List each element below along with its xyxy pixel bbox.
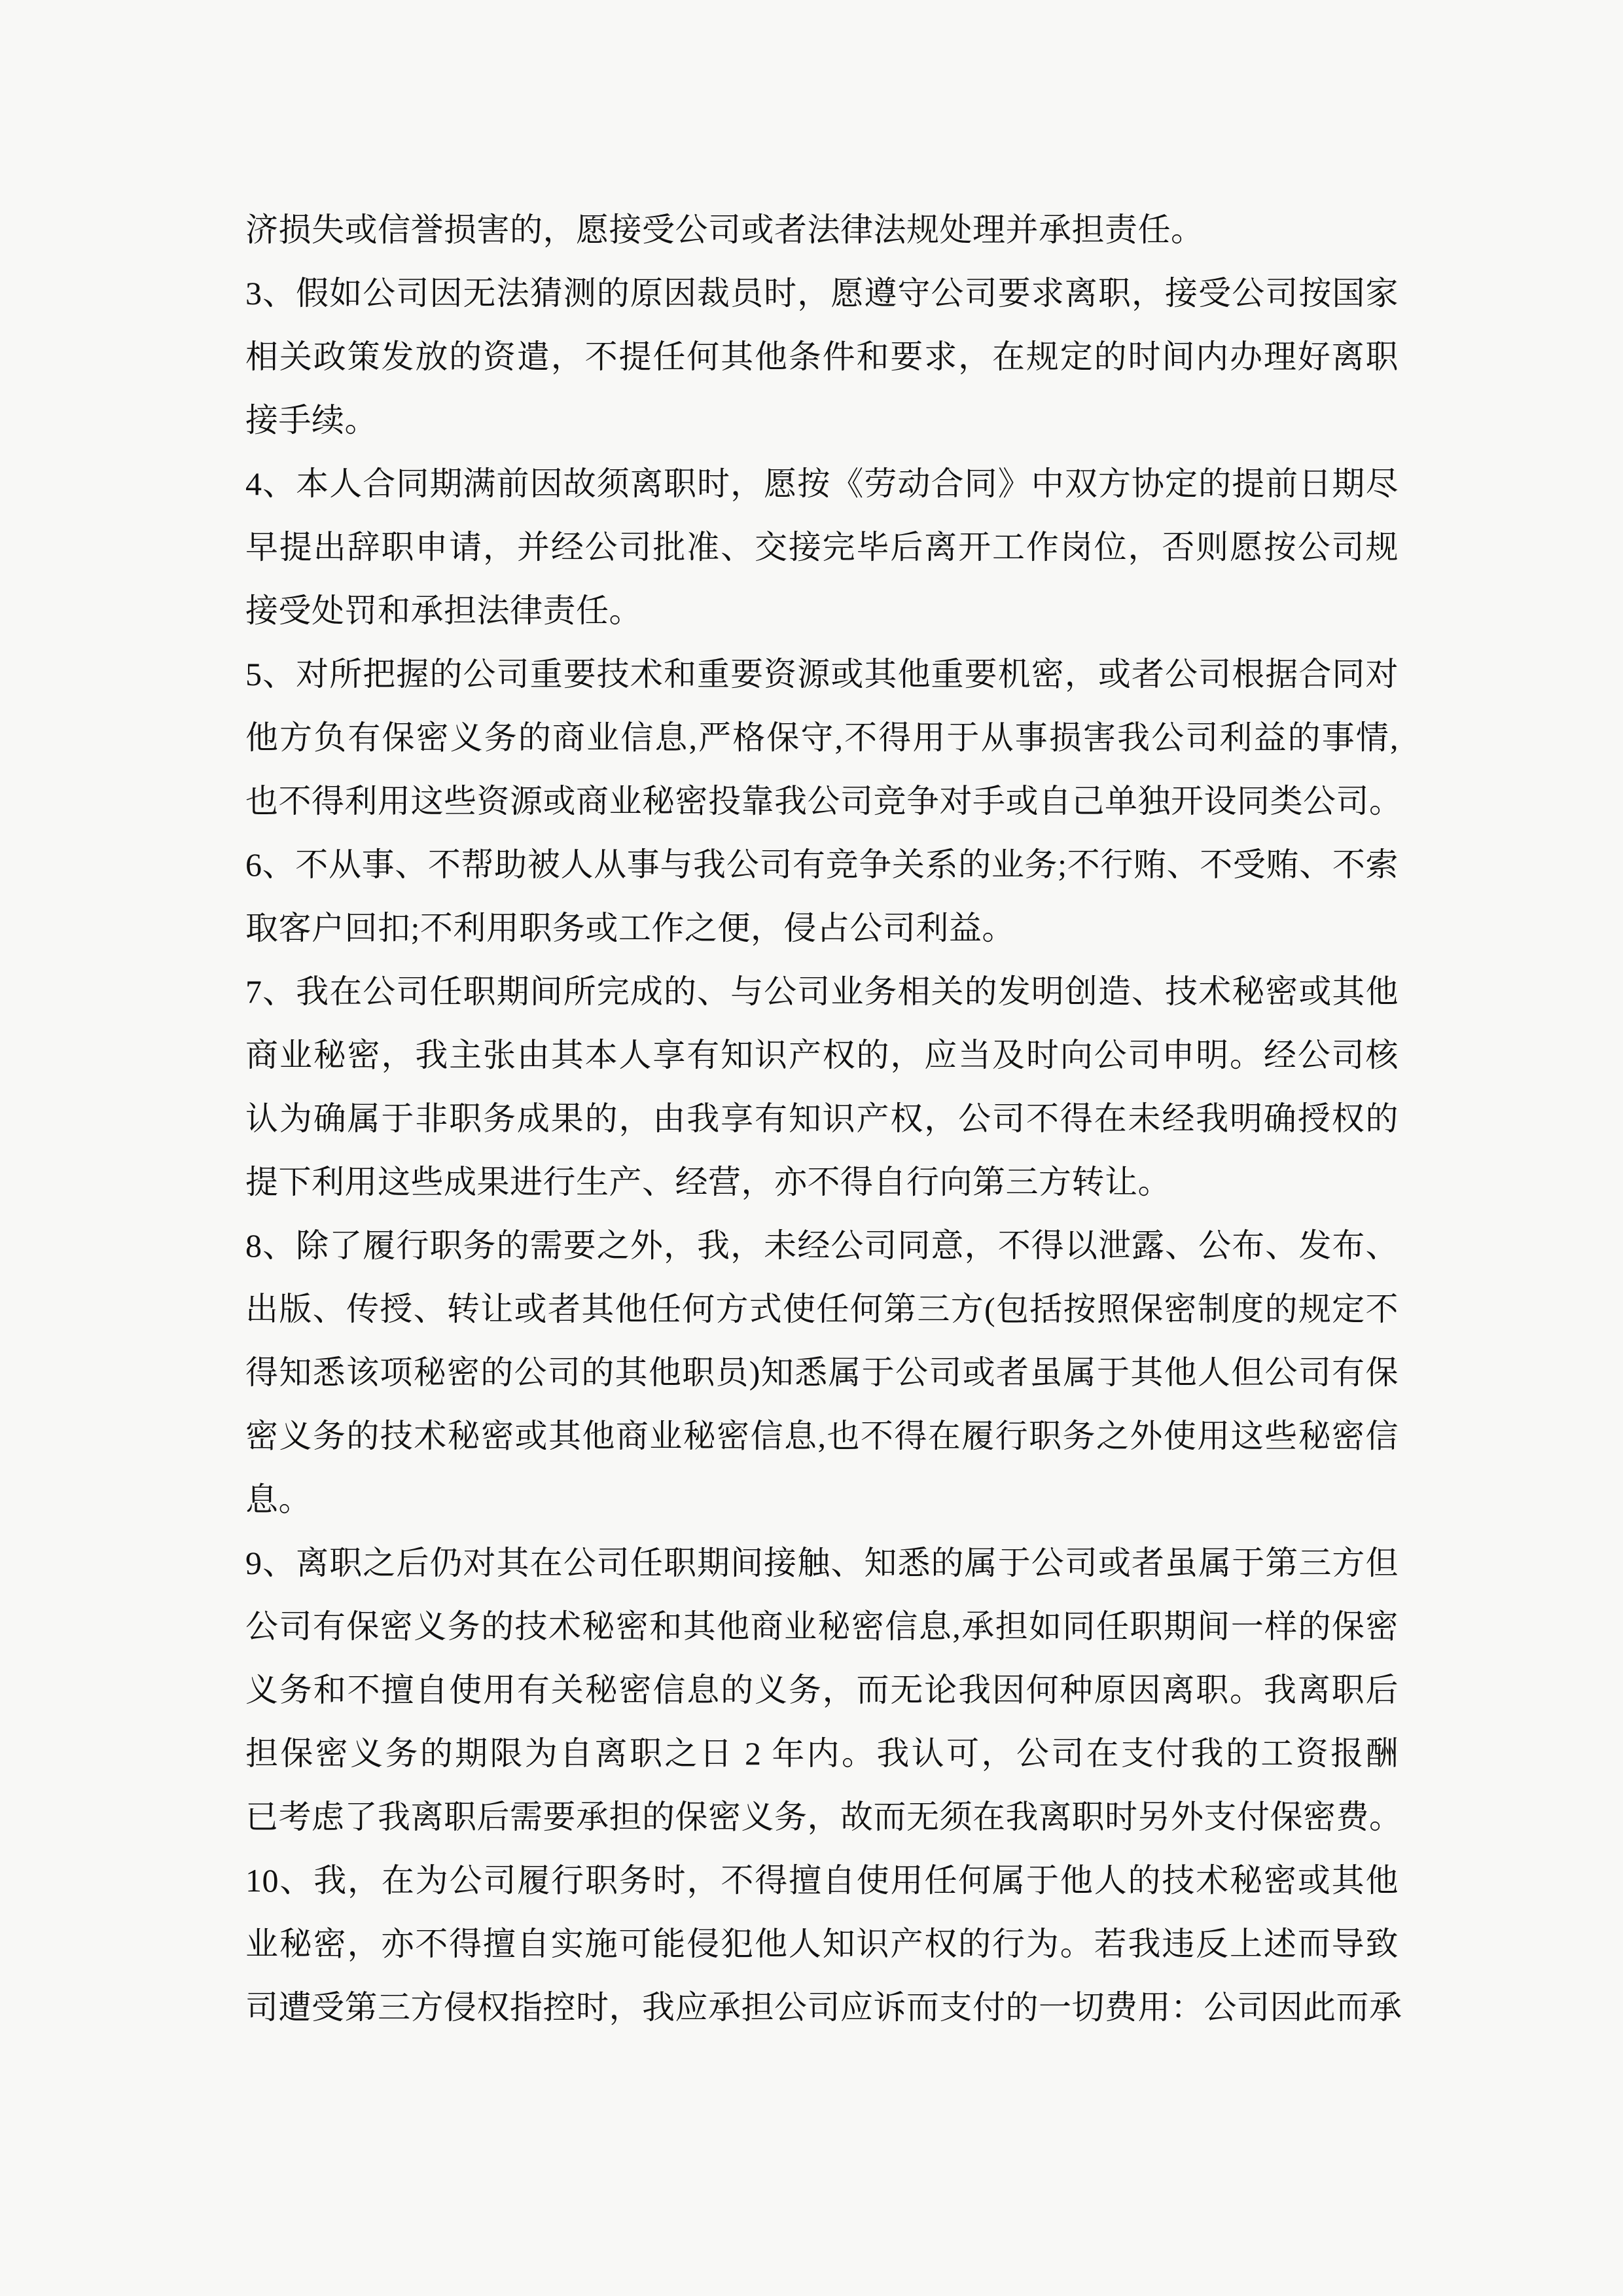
text-line: 也不得利用这些资源或商业秘密投靠我公司竞争对手或自己单独开设同类公司。 [245,770,1399,833]
text-line: 密义务的技术秘密或其他商业秘密信息,也不得在履行职务之外使用这些秘密信 [245,1405,1399,1468]
text-line: 出版、传授、转让或者其他任何方式使任何第三方(包括按照保密制度的规定不 [245,1278,1399,1341]
text-line: 提下利用这些成果进行生产、经营，亦不得自行向第三方转让。 [245,1151,1399,1214]
paragraph-item-3: 3、假如公司因无法猜测的原因裁员时，愿遵守公司要求离职，接受公司按国家相关政策发… [245,262,1399,452]
text-line: 息。 [245,1468,1399,1532]
paragraph-item-9: 9、离职之后仍对其在公司任职期间接触、知悉的属于公司或者虽属于第三方但公司有保密… [245,1532,1399,1849]
text-line: 3、假如公司因无法猜测的原因裁员时，愿遵守公司要求离职，接受公司按国家 [245,262,1399,325]
text-line: 担保密义务的期限为自离职之日 2 年内。我认可，公司在支付我的工资报酬时， [245,1722,1399,1785]
text-line: 公司有保密义务的技术秘密和其他商业秘密信息,承担如同任职期间一样的保密 [245,1595,1399,1659]
text-line: 商业秘密，我主张由其本人享有知识产权的，应当及时向公司申明。经公司核实， [245,1024,1399,1087]
text-line: 济损失或信誉损害的，愿接受公司或者法律法规处理并承担责任。 [245,198,1399,262]
paragraph-item-8: 8、除了履行职务的需要之外，我，未经公司同意，不得以泄露、公布、发布、出版、传授… [245,1214,1399,1532]
text-line: 司遭受第三方侵权指控时，我应承担公司应诉而支付的一切费用：公司因此而承 [245,1976,1399,2039]
text-line: 义务和不擅自使用有关秘密信息的义务，而无论我因何种原因离职。我离职后承 [245,1659,1399,1722]
text-line: 5、对所把握的公司重要技术和重要资源或其他重要机密，或者公司根据合同对 [245,643,1399,706]
text-line: 他方负有保密义务的商业信息,严格保守,不得用于从事损害我公司利益的事情, [245,706,1399,770]
text-line: 相关政策发放的资遣，不提任何其他条件和要求，在规定的时间内办理好离职交 [245,325,1399,389]
text-line: 9、离职之后仍对其在公司任职期间接触、知悉的属于公司或者虽属于第三方但 [245,1532,1399,1595]
document-body: 济损失或信誉损害的，愿接受公司或者法律法规处理并承担责任。3、假如公司因无法猜测… [245,198,1399,2039]
paragraph-item-6: 6、不从事、不帮助被人从事与我公司有竞争关系的业务;不行贿、不受贿、不索取客户回… [245,833,1399,960]
paragraph-continuation: 济损失或信誉损害的，愿接受公司或者法律法规处理并承担责任。 [245,198,1399,262]
paragraph-item-10: 10、我，在为公司履行职务时，不得擅自使用任何属于他人的技术秘密或其他商业秘密，… [245,1849,1399,2039]
text-line: 7、我在公司任职期间所完成的、与公司业务相关的发明创造、技术秘密或其他 [245,960,1399,1024]
text-line: 接手续。 [245,389,1399,452]
text-line: 8、除了履行职务的需要之外，我，未经公司同意，不得以泄露、公布、发布、 [245,1214,1399,1278]
paragraph-item-5: 5、对所把握的公司重要技术和重要资源或其他重要机密，或者公司根据合同对他方负有保… [245,643,1399,833]
text-line: 接受处罚和承担法律责任。 [245,579,1399,643]
text-line: 早提出辞职申请，并经公司批准、交接完毕后离开工作岗位，否则愿按公司规定 [245,516,1399,579]
paragraph-item-7: 7、我在公司任职期间所完成的、与公司业务相关的发明创造、技术秘密或其他商业秘密，… [245,960,1399,1214]
paragraph-item-4: 4、本人合同期满前因故须离职时，愿按《劳动合同》中双方协定的提前日期尽早提出辞职… [245,452,1399,643]
text-line: 得知悉该项秘密的公司的其他职员)知悉属于公司或者虽属于其他人但公司有保 [245,1341,1399,1405]
text-line: 4、本人合同期满前因故须离职时，愿按《劳动合同》中双方协定的提前日期尽 [245,452,1399,516]
text-line: 已考虑了我离职后需要承担的保密义务，故而无须在我离职时另外支付保密费。 [245,1785,1399,1849]
text-line: 业秘密，亦不得擅自实施可能侵犯他人知识产权的行为。若我违反上述而导致公 [245,1912,1399,1976]
text-line: 6、不从事、不帮助被人从事与我公司有竞争关系的业务;不行贿、不受贿、不索 [245,833,1399,897]
text-line: 取客户回扣;不利用职务或工作之便，侵占公司利益。 [245,897,1399,960]
text-line: 10、我，在为公司履行职务时，不得擅自使用任何属于他人的技术秘密或其他商 [245,1849,1399,1912]
document-page: 济损失或信誉损害的，愿接受公司或者法律法规处理并承担责任。3、假如公司因无法猜测… [0,0,1623,2296]
text-line: 认为确属于非职务成果的，由我享有知识产权，公司不得在未经我明确授权的前 [245,1087,1399,1151]
